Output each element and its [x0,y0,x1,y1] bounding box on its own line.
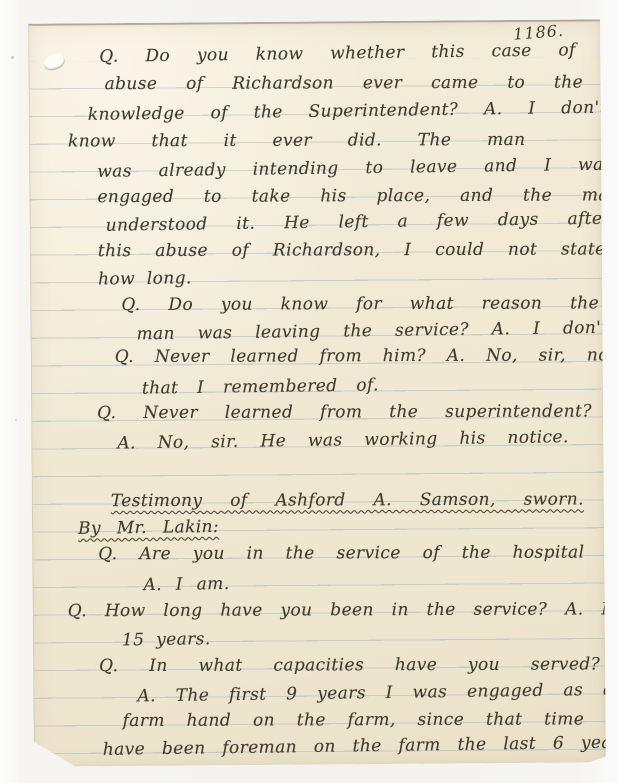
handwritten-line: Q. Are you in the service of the hospita… [98,542,584,566]
handwritten-line: Q. Never learned from him? A. No, sir, n… [115,344,616,368]
handwritten-line: Q. Never learned from the superintendent… [97,400,592,424]
handwritten-line: that I remembered of. [142,374,379,399]
testimony-heading: Testimony of Ashford A. Samson, sworn. [111,488,584,512]
handwritten-line: how long. [98,267,192,290]
handwritten-line: Q. In what capacities have you served? [99,653,600,677]
handwritten-line: this abuse of Richardson, I could not st… [98,238,606,262]
handwritten-line: know that it ever did. The man [68,129,526,153]
handwritten-line: A. I am. [143,573,229,596]
handwritten-line: abuse of Richardson ever came to the [105,71,584,95]
dust-speck [15,419,17,421]
handwritten-line: farm hand on the farm, since that time I [123,708,614,732]
dust-speck [11,56,14,59]
paper-sheet: 1186. Q. Do you know whether this case o… [28,19,606,766]
scanned-document-background: 1186. Q. Do you know whether this case o… [0,0,619,783]
examiner-heading: By Mr. Lakin: [78,516,219,540]
handwritten-line: 15 years. [122,628,211,651]
handwritten-line: engaged to take his place, and the man [97,184,619,208]
handwritten-line: Q. Do you know for what reason the [121,292,599,316]
handwritten-line: Q. How long have you been in the service… [68,598,619,622]
